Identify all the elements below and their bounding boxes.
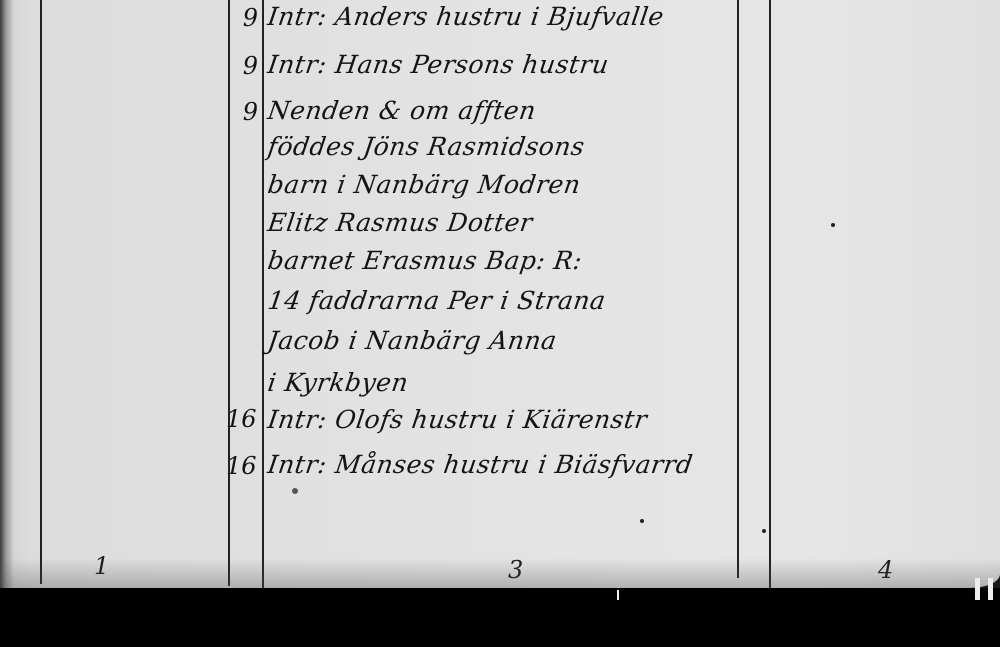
- entry-line: föddes Jöns Rasmidsons: [266, 132, 740, 161]
- entry-day: 16: [226, 452, 256, 480]
- entry-line: Elitz Rasmus Dotter: [266, 208, 740, 237]
- scan-edge-mark: [975, 578, 980, 600]
- ruled-line-2: [228, 0, 230, 586]
- ink-speck: [831, 223, 835, 227]
- entry-line: Intr: Hans Persons hustru: [266, 50, 740, 79]
- ink-speck: [640, 519, 644, 523]
- column-number: 3: [508, 556, 523, 584]
- entry-line: i Kyrkbyen: [266, 368, 740, 397]
- entry-line: Intr: Olofs hustru i Kiärenstr: [266, 405, 740, 434]
- ruled-line-3: [262, 0, 264, 588]
- entry-line: Jacob i Nanbärg Anna: [266, 326, 740, 355]
- register-page: 9 9 9 16 16 Intr: Anders hustru i Bjufva…: [0, 0, 1000, 588]
- scan-edge-mark: [617, 590, 619, 600]
- ink-speck: [762, 529, 766, 533]
- column-number: 4: [878, 556, 893, 584]
- entry-line-child-name: barnet Erasmus Bap: R:: [266, 246, 740, 275]
- entry-line: Nenden & om afften: [266, 96, 740, 125]
- entry-day: 16: [226, 405, 256, 433]
- entry-day: 9: [228, 4, 258, 32]
- entry-day: 9: [228, 98, 258, 126]
- column-number: 1: [94, 552, 109, 580]
- entry-line: Intr: Månses hustru i Biäsfvarrd: [266, 450, 740, 479]
- entry-day: 9: [228, 52, 258, 80]
- scan-edge-mark: [988, 578, 993, 600]
- ruled-line-5: [769, 0, 771, 588]
- ink-speck: [292, 488, 298, 494]
- entry-line: Intr: Anders hustru i Bjufvalle: [266, 2, 740, 31]
- entry-line: barn i Nanbärg Modren: [266, 170, 740, 199]
- ruled-line-1: [40, 0, 42, 584]
- entry-line: 14 faddrarna Per i Strana: [266, 286, 740, 315]
